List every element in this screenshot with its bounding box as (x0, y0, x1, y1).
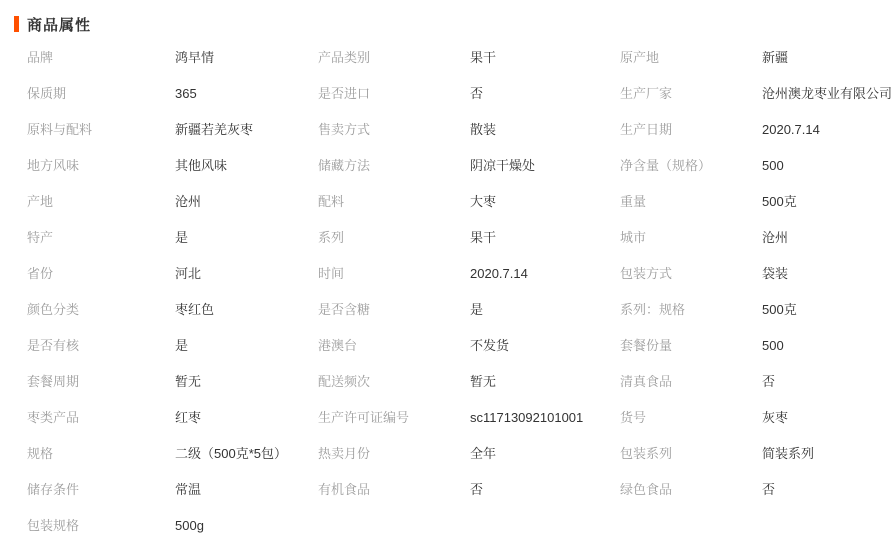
attribute-label: 重量 (620, 184, 762, 220)
attribute-value: 是 (470, 292, 620, 328)
title-accent-bar (14, 16, 19, 32)
attribute-value: 枣红色 (175, 292, 318, 328)
attribute-label: 货号 (620, 400, 762, 436)
attribute-label: 配送频次 (318, 364, 470, 400)
attribute-value: 沧州澳龙枣业有限公司 (762, 76, 895, 112)
attribute-value: 365 (175, 76, 318, 112)
attribute-value: 2020.7.14 (762, 112, 895, 148)
attribute-value: 是 (175, 328, 318, 364)
attribute-value: 新疆若羌灰枣 (175, 112, 318, 148)
attribute-label: 储藏方法 (318, 148, 470, 184)
attribute-value: 大枣 (470, 184, 620, 220)
attribute-label: 热卖月份 (318, 436, 470, 472)
attribute-value: 2020.7.14 (470, 256, 620, 292)
attribute-label: 有机食品 (318, 472, 470, 508)
attribute-label: 是否进口 (318, 76, 470, 112)
attribute-label: 产品类别 (318, 40, 470, 76)
attribute-value: 果干 (470, 220, 620, 256)
attribute-value: 阴凉干燥处 (470, 148, 620, 184)
attribute-label: 生产许可证编号 (318, 400, 470, 436)
attribute-label: 净含量（规格） (620, 148, 762, 184)
attribute-label: 特产 (27, 220, 175, 256)
attribute-value: 暂无 (470, 364, 620, 400)
attribute-label: 城市 (620, 220, 762, 256)
section-header: 商品属性 (0, 0, 895, 33)
attribute-label: 售卖方式 (318, 112, 470, 148)
attribute-value: 红枣 (175, 400, 318, 436)
attribute-label: 生产日期 (620, 112, 762, 148)
attribute-value: 暂无 (175, 364, 318, 400)
attribute-value: 河北 (175, 256, 318, 292)
attribute-value: 否 (470, 76, 620, 112)
attribute-value: 果干 (470, 40, 620, 76)
attribute-label: 港澳台 (318, 328, 470, 364)
attribute-value: 全年 (470, 436, 620, 472)
attribute-value: 否 (470, 472, 620, 508)
attribute-value: 灰枣 (762, 400, 895, 436)
attribute-value: 简装系列 (762, 436, 895, 472)
section-title: 商品属性 (27, 14, 91, 35)
attribute-label: 原产地 (620, 40, 762, 76)
attribute-label: 是否有核 (27, 328, 175, 364)
attribute-value: 否 (762, 364, 895, 400)
attribute-label: 生产厂家 (620, 76, 762, 112)
attribute-value: 新疆 (762, 40, 895, 76)
attribute-label: 系列：规格 (620, 292, 762, 328)
attribute-value: 散装 (470, 112, 620, 148)
attribute-label: 原料与配料 (27, 112, 175, 148)
attribute-value: 500 (762, 328, 895, 364)
attribute-label: 储存条件 (27, 472, 175, 508)
attribute-value: 沧州 (762, 220, 895, 256)
attribute-label: 颜色分类 (27, 292, 175, 328)
attribute-label: 包装系列 (620, 436, 762, 472)
attribute-label: 保质期 (27, 76, 175, 112)
attribute-value: 其他风味 (175, 148, 318, 184)
attribute-label: 绿色食品 (620, 472, 762, 508)
attribute-label: 配料 (318, 184, 470, 220)
attribute-value: 500克 (762, 292, 895, 328)
attribute-value: 沧州 (175, 184, 318, 220)
attribute-label: 枣类产品 (27, 400, 175, 436)
attribute-value: 不发货 (470, 328, 620, 364)
attribute-label: 清真食品 (620, 364, 762, 400)
attribute-label: 地方风味 (27, 148, 175, 184)
attribute-label: 是否含糖 (318, 292, 470, 328)
attribute-label: 包装方式 (620, 256, 762, 292)
attribute-label: 系列 (318, 220, 470, 256)
attribute-label: 产地 (27, 184, 175, 220)
attribute-label: 规格 (27, 436, 175, 472)
attribute-label: 包装规格 (27, 508, 175, 544)
attribute-label: 套餐周期 (27, 364, 175, 400)
attribute-value: 500克 (762, 184, 895, 220)
attribute-label: 套餐份量 (620, 328, 762, 364)
attribute-value: 500g (175, 508, 318, 544)
attribute-label: 时间 (318, 256, 470, 292)
attribute-value: 是 (175, 220, 318, 256)
attribute-value: 鸿早情 (175, 40, 318, 76)
attribute-value: 常温 (175, 472, 318, 508)
attribute-value: 否 (762, 472, 895, 508)
attribute-label: 省份 (27, 256, 175, 292)
attributes-grid: 品牌鸿早情产品类别果干原产地新疆保质期365是否进口否生产厂家沧州澳龙枣业有限公… (0, 40, 895, 544)
attribute-value: 袋装 (762, 256, 895, 292)
attribute-value: 二级（500克*5包） (175, 436, 318, 472)
product-attributes-panel: 商品属性 品牌鸿早情产品类别果干原产地新疆保质期365是否进口否生产厂家沧州澳龙… (0, 0, 895, 547)
attribute-value: sc11713092101001 (470, 400, 620, 436)
attribute-value: 500 (762, 148, 895, 184)
attribute-label: 品牌 (27, 40, 175, 76)
